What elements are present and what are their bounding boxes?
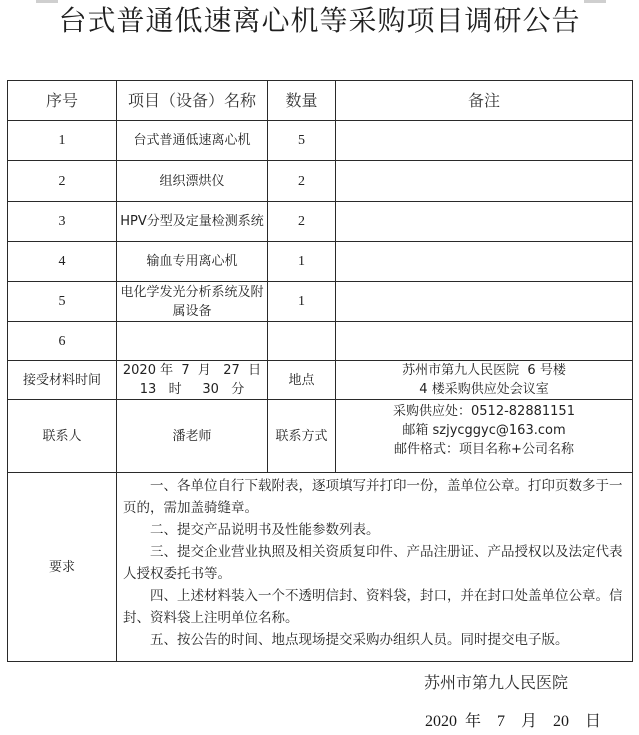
item-qty <box>268 322 336 361</box>
item-name: HPV分型及定量检测系统 <box>117 202 268 242</box>
item-qty: 5 <box>268 121 336 161</box>
location-line-2: 4 楼采购供应处会议室 <box>336 380 632 399</box>
item-no: 6 <box>8 322 117 361</box>
item-qty: 1 <box>268 242 336 282</box>
table-row: 6 <box>8 322 633 361</box>
item-note <box>336 121 633 161</box>
header-qty: 数量 <box>268 81 336 121</box>
item-no: 3 <box>8 202 117 242</box>
header-no: 序号 <box>8 81 117 121</box>
item-no: 4 <box>8 242 117 282</box>
requirement-item: 二、提交产品说明书及性能参数列表。 <box>123 519 626 541</box>
issuing-organization: 苏州市第九人民医院 <box>424 670 568 693</box>
contact-method-value: 采购供应处：0512-82881151 邮箱 szjycggyc@163.com… <box>336 400 633 473</box>
requirements-row: 要求 一、各单位自行下载附表，逐项填写并打印一份，盖单位公章。打印页数多于一页的… <box>8 473 633 662</box>
contact-phone: 采购供应处：0512-82881151 <box>336 402 632 421</box>
contact-person: 潘老师 <box>117 400 268 473</box>
header-note: 备注 <box>336 81 633 121</box>
item-name <box>117 322 268 361</box>
table-row: 4 输血专用离心机 1 <box>8 242 633 282</box>
item-name: 输血专用离心机 <box>117 242 268 282</box>
header-name: 项目（设备）名称 <box>117 81 268 121</box>
contact-email-format: 邮件格式：项目名称+公司名称 <box>336 440 632 459</box>
document-title: 台式普通低速离心机等采购项目调研公告 <box>0 2 639 40</box>
item-name: 台式普通低速离心机 <box>117 121 268 161</box>
requirement-item: 五、按公告的时间、地点现场提交采购办组织人员。同时提交电子版。 <box>123 629 626 651</box>
requirement-item: 四、上述材料装入一个不透明信封、资料袋，封口，并在封口处盖单位公章。信封、资料袋… <box>123 585 626 629</box>
item-note <box>336 282 633 322</box>
item-note <box>336 202 633 242</box>
table-row: 1 台式普通低速离心机 5 <box>8 121 633 161</box>
receive-time-label: 接受材料时间 <box>8 361 117 400</box>
item-name: 组织漂烘仪 <box>117 161 268 202</box>
contact-email[interactable]: 邮箱 szjycggyc@163.com <box>336 421 632 440</box>
receive-time-row: 接受材料时间 2020 年 7 月 27 日 13 时 30 分 地点 苏州市第… <box>8 361 633 400</box>
receive-hour: 13 时 30 分 <box>117 380 267 399</box>
procurement-table: 序号 项目（设备）名称 数量 备注 1 台式普通低速离心机 5 2 组织漂烘仪 … <box>7 80 633 662</box>
contact-row: 联系人 潘老师 联系方式 采购供应处：0512-82881151 邮箱 szjy… <box>8 400 633 473</box>
requirements-text: 一、各单位自行下载附表，逐项填写并打印一份，盖单位公章。打印页数多于一页的，需加… <box>117 473 633 662</box>
requirements-label: 要求 <box>8 473 117 662</box>
requirement-item: 一、各单位自行下载附表，逐项填写并打印一份，盖单位公章。打印页数多于一页的，需加… <box>123 475 626 519</box>
location-label: 地点 <box>268 361 336 400</box>
item-no: 5 <box>8 282 117 322</box>
item-note <box>336 161 633 202</box>
location-value: 苏州市第九人民医院 6 号楼 4 楼采购供应处会议室 <box>336 361 633 400</box>
table-row: 5 电化学发光分析系统及附属设备 1 <box>8 282 633 322</box>
contact-method-label: 联系方式 <box>268 400 336 473</box>
requirement-item: 三、提交企业营业执照及相关资质复印件、产品注册证、产品授权以及法定代表人授权委托… <box>123 541 626 585</box>
table-header-row: 序号 项目（设备）名称 数量 备注 <box>8 81 633 121</box>
item-qty: 2 <box>268 161 336 202</box>
item-qty: 1 <box>268 282 336 322</box>
item-no: 2 <box>8 161 117 202</box>
issue-date: 2020 年 7 月 20 日 <box>425 708 601 731</box>
item-note <box>336 242 633 282</box>
item-no: 1 <box>8 121 117 161</box>
receive-time-value: 2020 年 7 月 27 日 13 时 30 分 <box>117 361 268 400</box>
item-note <box>336 322 633 361</box>
contact-person-label: 联系人 <box>8 400 117 473</box>
item-qty: 2 <box>268 202 336 242</box>
receive-date: 2020 年 7 月 27 日 <box>117 361 267 380</box>
table-row: 3 HPV分型及定量检测系统 2 <box>8 202 633 242</box>
item-name: 电化学发光分析系统及附属设备 <box>117 282 268 322</box>
location-line-1: 苏州市第九人民医院 6 号楼 <box>336 361 632 380</box>
table-row: 2 组织漂烘仪 2 <box>8 161 633 202</box>
